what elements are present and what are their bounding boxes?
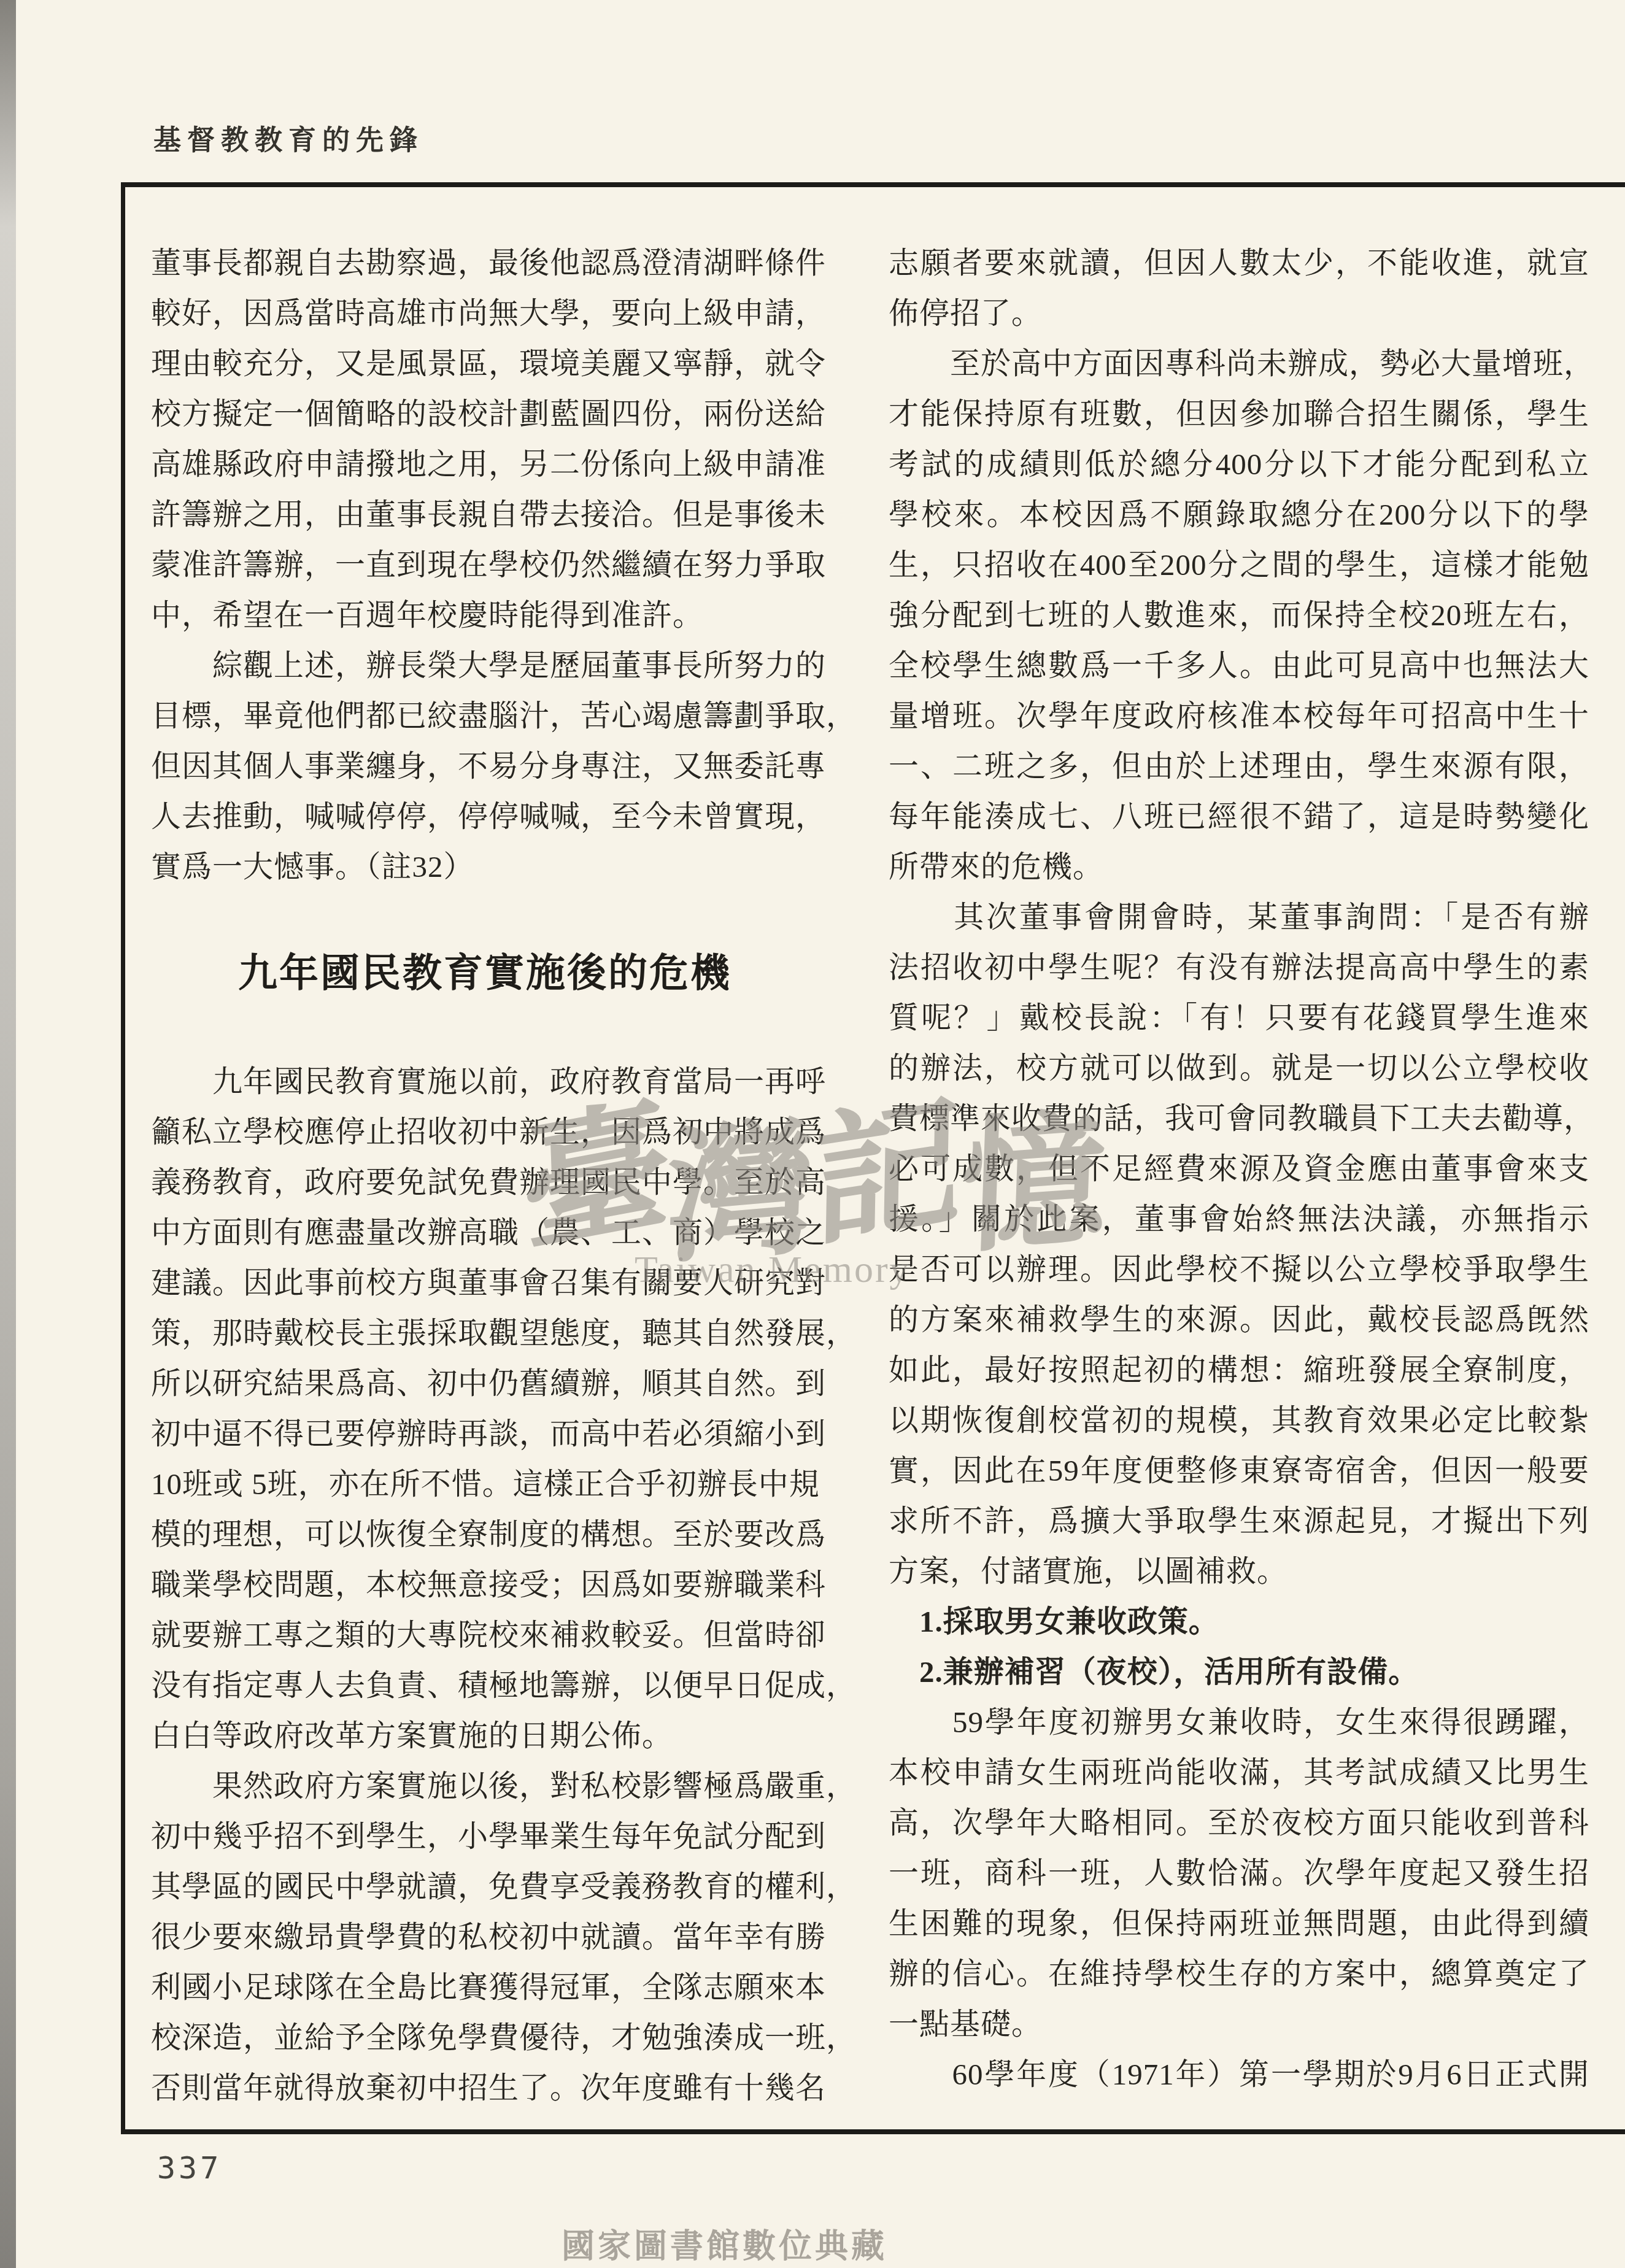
text-line: 義務教育，政府要免試免費辦理國民中學。至於高 xyxy=(151,1157,819,1208)
text-line: 九年國民教育實施以前，政府教育當局一再呼 xyxy=(151,1057,819,1107)
text-line: 高雄縣政府申請撥地之用，另二份係向上級申請准 xyxy=(151,439,819,490)
text-line: 59學年度初辦男女兼收時，女生來得很踴躍， xyxy=(889,1697,1589,1748)
text-line: 理由較充分，又是風景區，環境美麗又寧靜，就令 xyxy=(151,339,819,389)
text-line: 費標準來收費的話，我可會同教職員下工夫去勸導， xyxy=(889,1093,1589,1144)
text-line: 2.兼辦補習（夜校），活用所有設備。 xyxy=(889,1647,1589,1697)
text-line: 很少要來繳昻貴學費的私校初中就讀。當年幸有勝 xyxy=(151,1912,819,1962)
paragraph-block: 志願者要來就讀，但因人數太少，不能收進，就宣佈停招了。 至於高中方面因專科尚未辦… xyxy=(889,238,1589,2100)
library-footer-stamp: 國家圖書館數位典藏 xyxy=(562,2220,887,2267)
text-line: 才能保持原有班數，但因參加聯合招生關係，學生 xyxy=(889,389,1589,439)
text-line: 校方擬定一個簡略的設校計劃藍圖四份，兩份送給 xyxy=(151,389,819,439)
text-line: 利國小足球隊在全島比賽獲得冠軍，全隊志願來本 xyxy=(151,1962,819,2013)
text-line: 佈停招了。 xyxy=(889,288,1589,339)
text-line: 否則當年就得放棄初中招生了。次年度雖有十幾名 xyxy=(151,2063,819,2113)
text-line: 籲私立學校應停止招收初中新生，因爲初中將成爲 xyxy=(151,1107,819,1157)
text-line: 一點基礎。 xyxy=(889,1999,1589,2050)
text-line: 至於高中方面因專科尚未辦成，勢必大量增班， xyxy=(889,339,1589,389)
paragraph-block: 董事長都親自去勘察過，最後他認爲澄清湖畔條件較好，因爲當時高雄市尚無大學，要向上… xyxy=(151,238,819,892)
text-line: 生困難的現象，但保持兩班並無問題，由此得到續 xyxy=(889,1899,1589,1949)
text-line: 人去推動，喊喊停停，停停喊喊，至今未曾實現， xyxy=(151,792,819,842)
text-line: 10班或 5班，亦在所不惜。這樣正合乎初辦長中規 xyxy=(151,1459,819,1510)
text-line: 較好，因爲當時高雄市尚無大學，要向上級申請， xyxy=(151,288,819,339)
text-line: 所帶來的危機。 xyxy=(889,842,1589,892)
text-line: 職業學校問題，本校無意接受；因爲如要辦職業科 xyxy=(151,1560,819,1610)
text-line: 全校學生總數爲一千多人。由此可見高中也無法大 xyxy=(889,641,1589,691)
text-line: 中方面則有應盡量改辦高職（農、工、商）學校之 xyxy=(151,1208,819,1258)
text-line: 高，次學年大略相同。至於夜校方面只能收到普科 xyxy=(889,1798,1589,1848)
text-line: 法招收初中學生呢？有没有辦法提高高中學生的素 xyxy=(889,943,1589,993)
text-line: 初中幾乎招不到學生，小學畢業生每年免試分配到 xyxy=(151,1811,819,1862)
section-heading: 九年國民教育實施後的危機 xyxy=(151,936,819,1010)
paragraph-block: 九年國民教育實施以前，政府教育當局一再呼籲私立學校應停止招收初中新生，因爲初中將… xyxy=(151,1057,819,2113)
text-line: 求所不許，爲擴大爭取學生來源起見，才擬出下列 xyxy=(889,1496,1589,1546)
text-line: 如此，最好按照起初的構想：縮班發展全寮制度， xyxy=(889,1345,1589,1395)
text-line: 許籌辦之用，由董事長親自帶去接洽。但是事後未 xyxy=(151,490,819,540)
text-line: 的辦法，校方就可以做到。就是一切以公立學校收 xyxy=(889,1043,1589,1093)
text-line: 初中逼不得已要停辦時再談，而高中若必須縮小到 xyxy=(151,1409,819,1459)
text-line: 以期恢復創校當初的規模，其教育效果必定比較紮 xyxy=(889,1395,1589,1446)
text-line: 本校申請女生兩班尚能收滿，其考試成績又比男生 xyxy=(889,1748,1589,1798)
book-page: 基督教教育的先鋒 董事長都親自去勘察過，最後他認爲澄清湖畔條件較好，因爲當時高雄… xyxy=(0,0,1625,2268)
text-line: 所以研究結果爲高、初中仍舊續辦，順其自然。到 xyxy=(151,1359,819,1409)
text-line: 學校來。本校因爲不願錄取總分在200分以下的學 xyxy=(889,490,1589,540)
text-line: 綜觀上述，辦長榮大學是歷屆董事長所努力的 xyxy=(151,641,819,691)
text-column-left: 董事長都親自去勘察過，最後他認爲澄清湖畔條件較好，因爲當時高雄市尚無大學，要向上… xyxy=(151,238,819,2113)
text-line: 没有指定專人去負責、積極地籌辦，以便早日促成， xyxy=(151,1660,819,1711)
text-line: 生，只招收在400至200分之間的學生，這樣才能勉 xyxy=(889,540,1589,590)
text-line: 就要辦工專之類的大專院校來補救較妥。但當時卻 xyxy=(151,1610,819,1660)
text-line: 果然政府方案實施以後，對私校影響極爲嚴重， xyxy=(151,1761,819,1811)
text-line: 其學區的國民中學就讀，免費享受義務教育的權利， xyxy=(151,1862,819,1912)
text-line: 1.採取男女兼收政策。 xyxy=(889,1597,1589,1647)
text-line: 白白等政府改革方案實施的日期公佈。 xyxy=(151,1711,819,1761)
text-line: 量增班。次學年度政府核准本校每年可招高中生十 xyxy=(889,691,1589,741)
text-line: 中，希望在一百週年校慶時能得到准許。 xyxy=(151,590,819,641)
text-line: 校深造，並給予全隊免學費優待，才勉強湊成一班， xyxy=(151,2013,819,2063)
text-line: 蒙准許籌辦，一直到現在學校仍然繼續在努力爭取 xyxy=(151,540,819,590)
text-line: 辦的信心。在維持學校生存的方案中，總算奠定了 xyxy=(889,1949,1589,1999)
text-line: 志願者要來就讀，但因人數太少，不能收進，就宣 xyxy=(889,238,1589,288)
text-line: 模的理想，可以恢復全寮制度的構想。至於要改爲 xyxy=(151,1510,819,1560)
text-line: 目標，畢竟他們都已絞盡腦汁，苦心竭慮籌劃爭取， xyxy=(151,691,819,741)
text-column-right: 志願者要來就讀，但因人數太少，不能收進，就宣佈停招了。 至於高中方面因專科尚未辦… xyxy=(889,238,1589,2100)
running-header: 基督教教育的先鋒 xyxy=(153,118,423,158)
text-line: 其次董事會開會時，某董事詢問：「是否有辦 xyxy=(889,892,1589,943)
text-line: 必可成數，但不足經費來源及資金應由董事會來支 xyxy=(889,1144,1589,1194)
text-line: 強分配到七班的人數進來，而保持全校20班左右， xyxy=(889,590,1589,641)
text-line: 實爲一大憾事。（註32） xyxy=(151,842,819,892)
text-line: 的方案來補救學生的來源。因此，戴校長認爲旣然 xyxy=(889,1295,1589,1345)
text-line: 每年能湊成七、八班已經很不錯了，這是時勢變化 xyxy=(889,792,1589,842)
text-line: 但因其個人事業纏身，不易分身專注，又無委託專 xyxy=(151,741,819,792)
text-line: 董事長都親自去勘察過，最後他認爲澄清湖畔條件 xyxy=(151,238,819,288)
text-line: 是否可以辦理。因此學校不擬以公立學校爭取學生 xyxy=(889,1244,1589,1295)
text-line: 援。」關於此案，董事會始終無法決議，亦無指示 xyxy=(889,1194,1589,1244)
scan-edge-shadow xyxy=(0,0,16,2268)
text-line: 一、二班之多，但由於上述理由，學生來源有限， xyxy=(889,741,1589,792)
text-line: 考試的成績則低於總分400分以下才能分配到私立 xyxy=(889,439,1589,490)
text-line: 策，那時戴校長主張採取觀望態度，聽其自然發展， xyxy=(151,1308,819,1359)
text-line: 建議。因此事前校方與董事會召集有關要人研究對 xyxy=(151,1258,819,1308)
text-line: 一班，商科一班，人數恰滿。次學年度起又發生招 xyxy=(889,1848,1589,1899)
text-line: 60學年度（1971年）第一學期於9月6日正式開 xyxy=(889,2050,1589,2100)
text-line: 方案，付諸實施，以圖補救。 xyxy=(889,1546,1589,1597)
text-line: 質呢？」戴校長說：「有！只要有花錢買學生進來 xyxy=(889,993,1589,1043)
page-number: 337 xyxy=(157,2150,222,2186)
text-line: 實，因此在59年度便整修東寮寄宿舍，但因一般要 xyxy=(889,1446,1589,1496)
